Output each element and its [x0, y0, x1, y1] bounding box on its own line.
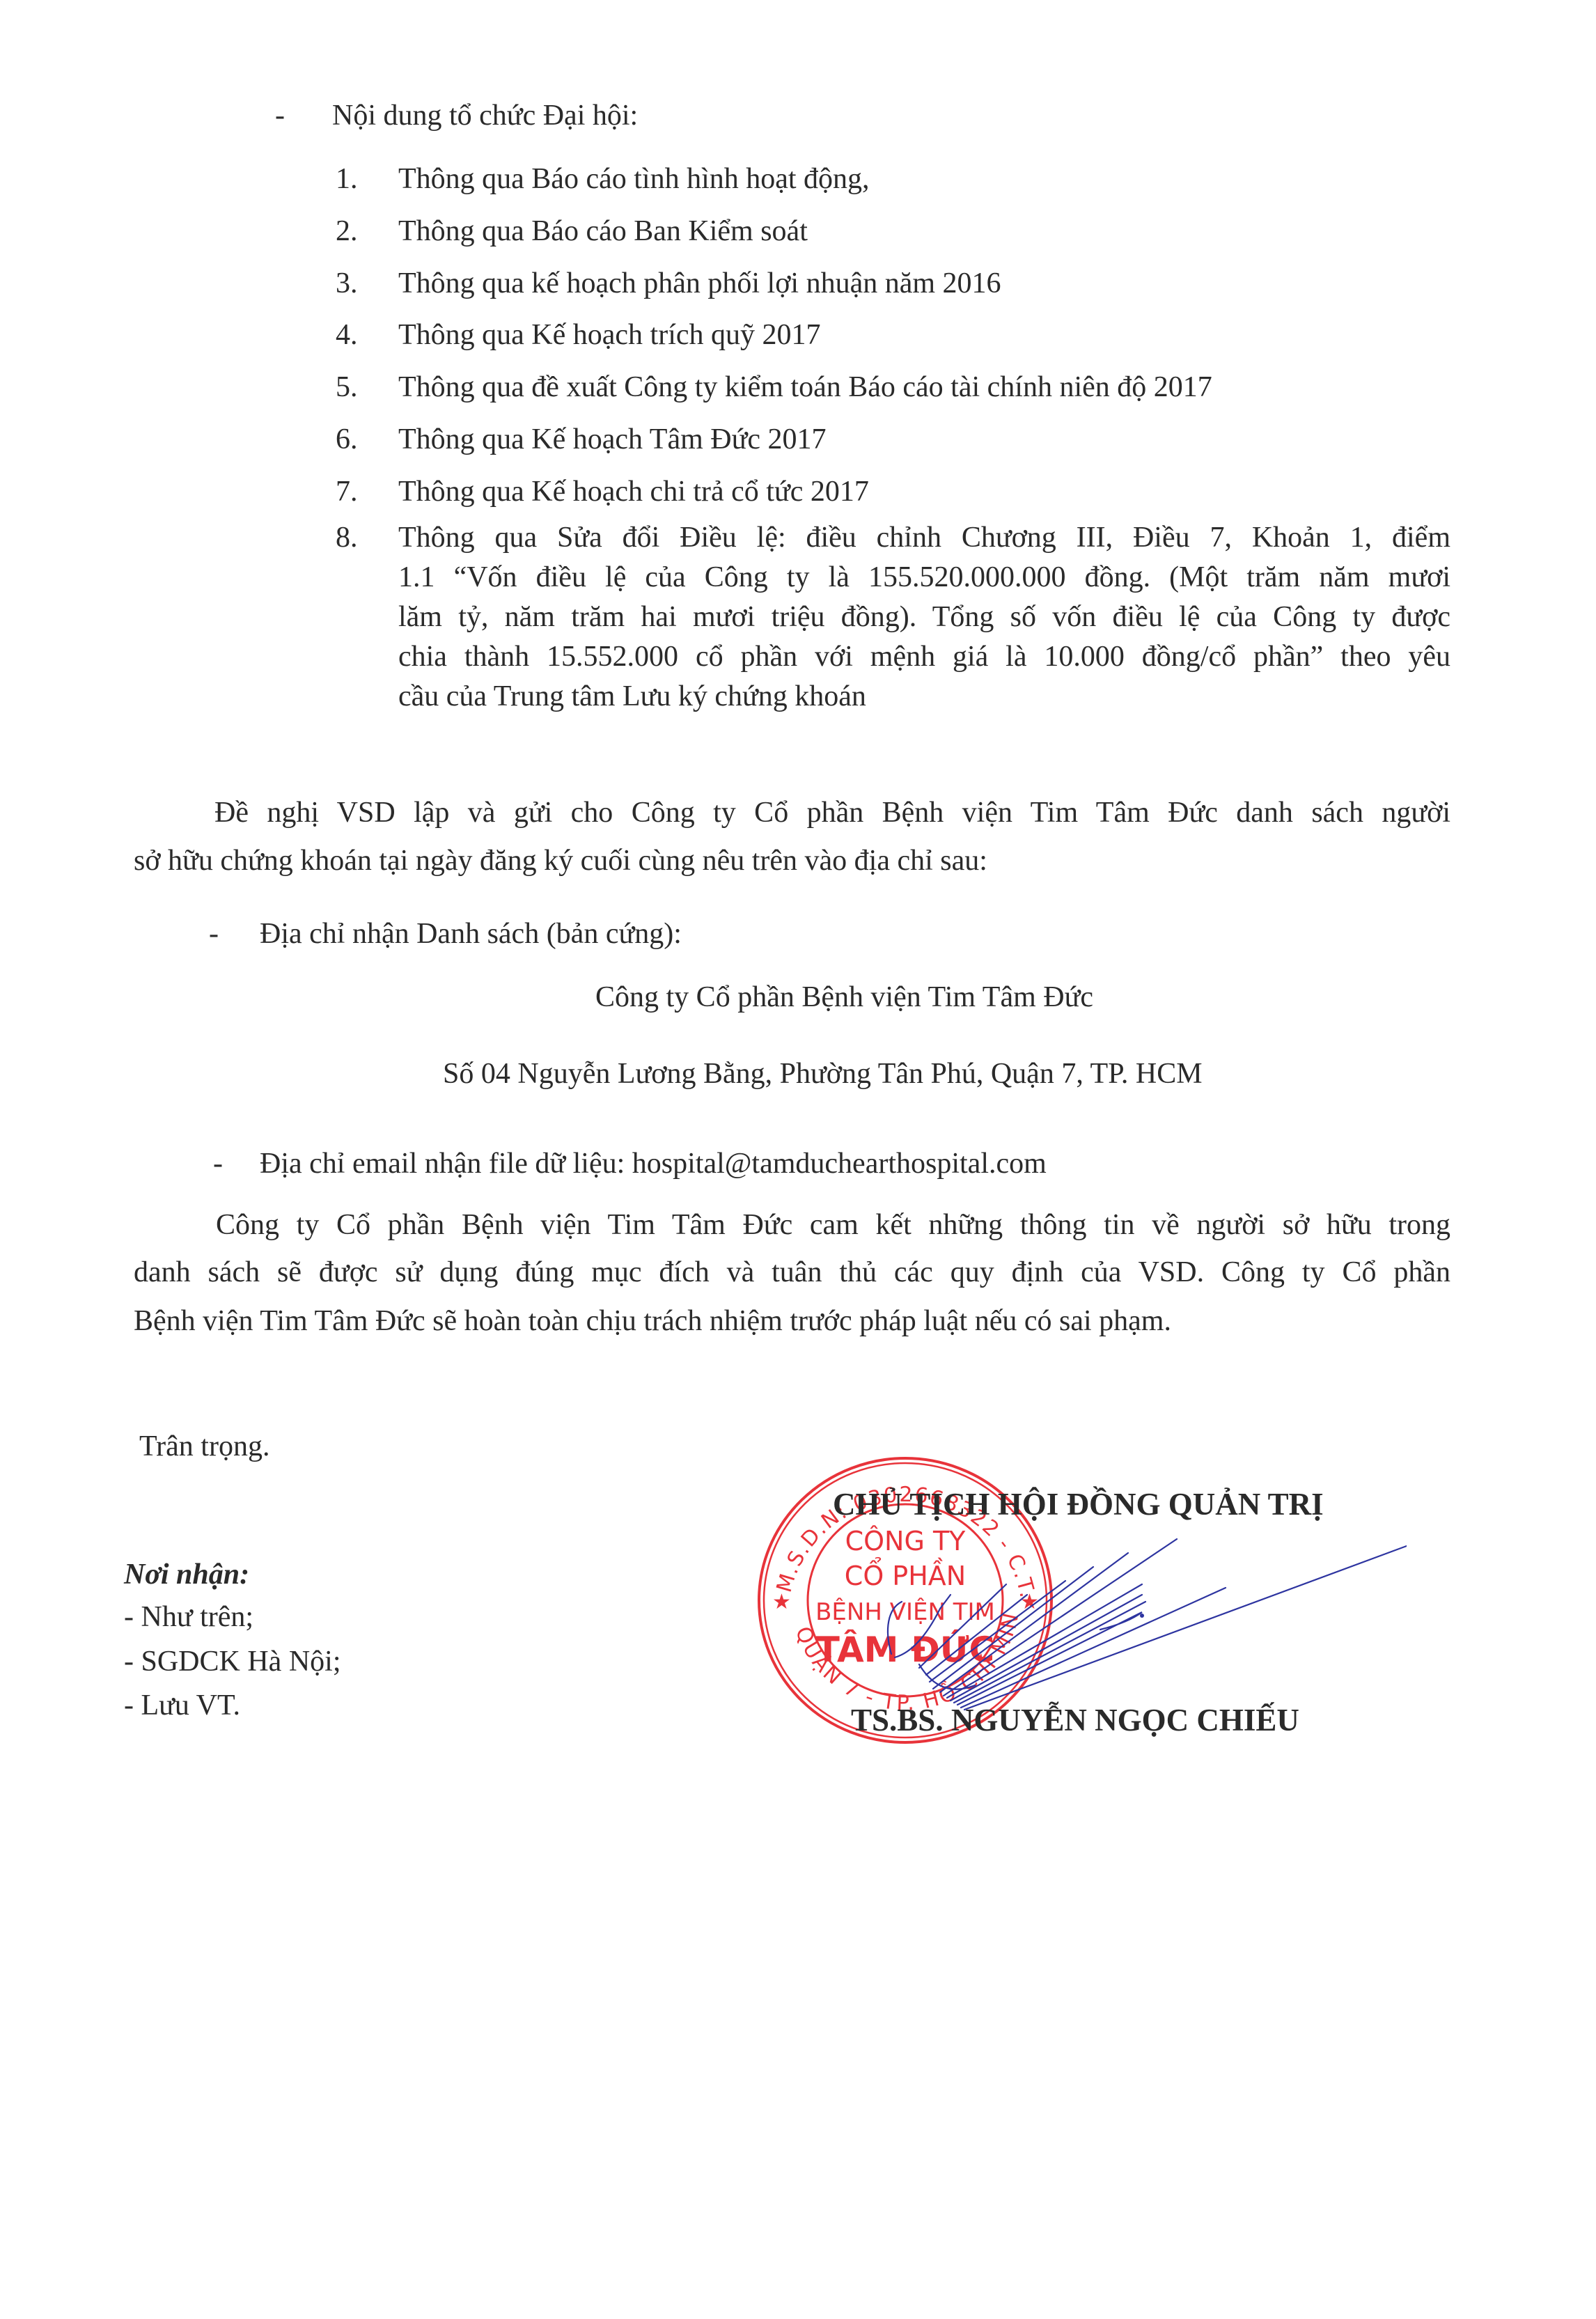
agenda-bullet: - [275, 101, 285, 130]
agenda-item-text: Thông qua Kế hoạch chi trả cổ tức 2017 [398, 477, 869, 506]
agenda-item-text-line: 1.1 “Vốn điều lệ của Công ty là 155.520.… [398, 563, 1450, 592]
agenda-item-number: 3. [336, 269, 358, 298]
paragraph-line: sở hữu chứng khoán tại ngày đăng ký cuối… [134, 846, 987, 875]
recipient-item: - Như trên; [124, 1602, 253, 1632]
agenda-item-number: 4. [336, 320, 358, 350]
paragraph-line: Đề nghị VSD lập và gửi cho Công ty Cổ ph… [214, 798, 1450, 827]
agenda-item-text: Thông qua Kế hoạch trích quỹ 2017 [398, 320, 821, 350]
agenda-item-text: Thông qua Báo cáo tình hình hoạt động, [398, 164, 870, 194]
address-street: Số 04 Nguyễn Lương Bằng, Phường Tân Phú,… [443, 1059, 1203, 1088]
paragraph-line: Công ty Cổ phần Bệnh viện Tim Tâm Đức ca… [216, 1210, 1450, 1240]
agenda-item-number: 7. [336, 477, 358, 506]
agenda-item-number: 5. [336, 373, 358, 402]
email-label: Địa chỉ email nhận file dữ liệu: hospita… [260, 1149, 1047, 1178]
agenda-item-text: Thông qua đề xuất Công ty kiểm toán Báo … [398, 373, 1212, 402]
paragraph-line: danh sách sẽ được sử dụng đúng mục đích … [134, 1258, 1450, 1287]
paragraph-line: Bệnh viện Tim Tâm Đức sẽ hoàn toàn chịu … [134, 1306, 1171, 1336]
handwritten-signature-icon [836, 1518, 1407, 1727]
signature-title: CHỦ TỊCH HỘI ĐỒNG QUẢN TRỊ [833, 1489, 1324, 1520]
agenda-item-text-line: Thông qua Sửa đổi Điều lệ: điều chỉnh Ch… [398, 523, 1450, 552]
signer-name: TS.BS. NGUYỄN NGỌC CHIẾU [851, 1705, 1299, 1736]
agenda-item-number: 2. [336, 217, 358, 246]
agenda-item-number: 8. [336, 523, 358, 552]
agenda-item-text: Thông qua Báo cáo Ban Kiểm soát [398, 217, 808, 246]
address-company: Công ty Cổ phần Bệnh viện Tim Tâm Đức [595, 983, 1093, 1012]
agenda-item-text: Thông qua kế hoạch phân phối lợi nhuận n… [398, 269, 1001, 298]
recipient-item: - SGDCK Hà Nội; [124, 1647, 341, 1676]
agenda-item-text: Thông qua Kế hoạch Tâm Đức 2017 [398, 425, 827, 454]
agenda-item-text-line: cầu của Trung tâm Lưu ký chứng khoán [398, 682, 866, 711]
agenda-item-text-line: chia thành 15.552.000 cổ phần với mệnh g… [398, 642, 1450, 671]
svg-text:★: ★ [772, 1590, 791, 1614]
agenda-item-number: 1. [336, 164, 358, 194]
recipient-item: - Lưu VT. [124, 1691, 240, 1720]
agenda-item-text-line: lăm tỷ, năm trăm hai mươi triệu đồng). T… [398, 602, 1450, 632]
agenda-item-number: 6. [336, 425, 358, 454]
address-label: Địa chỉ nhận Danh sách (bản cứng): [260, 919, 682, 948]
address-bullet: - [209, 919, 219, 948]
recipients-heading: Nơi nhận: [124, 1560, 249, 1589]
email-bullet: - [213, 1149, 223, 1178]
agenda-heading: Nội dung tổ chức Đại hội: [332, 101, 638, 130]
closing-text: Trân trọng. [139, 1432, 269, 1461]
